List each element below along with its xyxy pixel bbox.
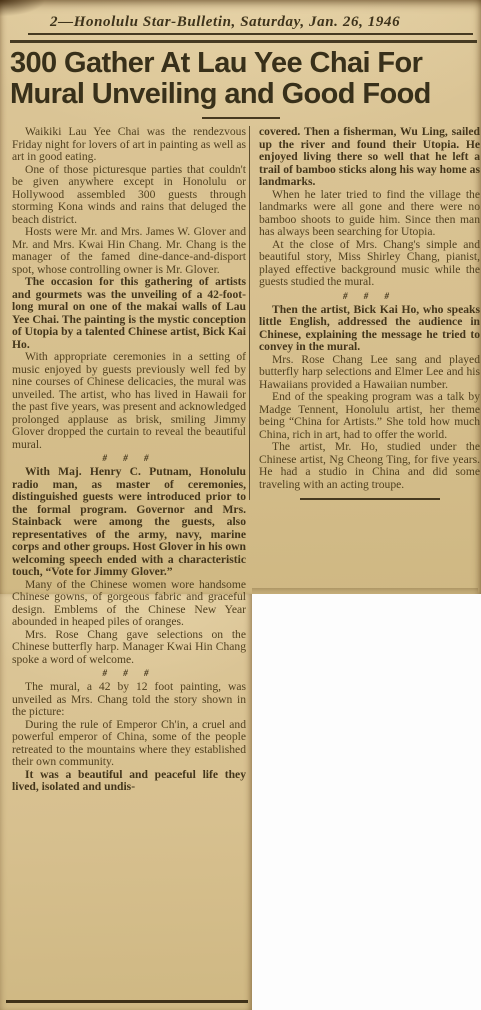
article-paragraph: When he later tried to find the village …: [259, 189, 480, 239]
article-end-rule: [300, 498, 440, 500]
right-column: covered. Then a fisherman, Wu Ling, sail…: [249, 126, 480, 500]
left-column: Waikiki Lau Yee Chai was the rendezvous …: [12, 126, 246, 794]
article-paragraph: covered. Then a fisherman, Wu Ling, sail…: [259, 126, 480, 189]
clipping-bottom-cut-rule: [6, 1000, 248, 1003]
article-paragraph: One of those picturesque parties that co…: [12, 164, 246, 227]
section-break: # # #: [12, 667, 246, 680]
article-paragraph: Mrs. Rose Chang Lee sang and played butt…: [259, 354, 480, 392]
scanned-newspaper-clipping: 2—Honolulu Star-Bulletin, Saturday, Jan.…: [0, 0, 481, 1010]
article-paragraph: With appropriate ceremonies in a setting…: [12, 351, 246, 451]
masthead-text: 2—Honolulu Star-Bulletin, Saturday, Jan.…: [50, 14, 400, 30]
headline-line-1: 300 Gather At Lau Yee Chai For: [10, 47, 422, 79]
article-paragraph: Waikiki Lau Yee Chai was the rendezvous …: [12, 126, 246, 164]
masthead-rule: [10, 40, 477, 43]
article-columns: Waikiki Lau Yee Chai was the rendezvous …: [0, 126, 481, 794]
section-break: # # #: [259, 290, 480, 303]
article-paragraph: During the rule of Emperor Ch'in, a crue…: [12, 719, 246, 769]
masthead-date-line: 2—Honolulu Star-Bulletin, Saturday, Jan.…: [28, 14, 473, 35]
article-content: 2—Honolulu Star-Bulletin, Saturday, Jan.…: [0, 0, 481, 794]
article-paragraph: End of the speaking program was a talk b…: [259, 391, 480, 441]
article-paragraph: Then the artist, Bick Kai Ho, who speaks…: [259, 304, 480, 354]
article-paragraph: Many of the Chinese women wore handsome …: [12, 579, 246, 629]
article-paragraph: Mrs. Rose Chang gave selections on the C…: [12, 629, 246, 667]
headline-divider-dash: [202, 117, 280, 119]
article-paragraph: Hosts were Mr. and Mrs. James W. Glover …: [12, 226, 246, 276]
article-paragraph: With Maj. Henry C. Putnam, Honolulu radi…: [12, 466, 246, 579]
section-break: # # #: [12, 452, 246, 465]
article-paragraph: It was a beautiful and peaceful life the…: [12, 769, 246, 794]
headline: 300 Gather At Lau Yee Chai ForMural Unve…: [10, 48, 475, 109]
article-paragraph: The occasion for this gathering of artis…: [12, 276, 246, 351]
article-paragraph: The mural, a 42 by 12 foot painting, was…: [12, 681, 246, 719]
article-paragraph: The artist, Mr. Ho, studied under the Ch…: [259, 441, 480, 491]
headline-line-2: Mural Unveiling and Good Food: [10, 78, 431, 110]
article-paragraph: At the close of Mrs. Chang's simple and …: [259, 239, 480, 289]
